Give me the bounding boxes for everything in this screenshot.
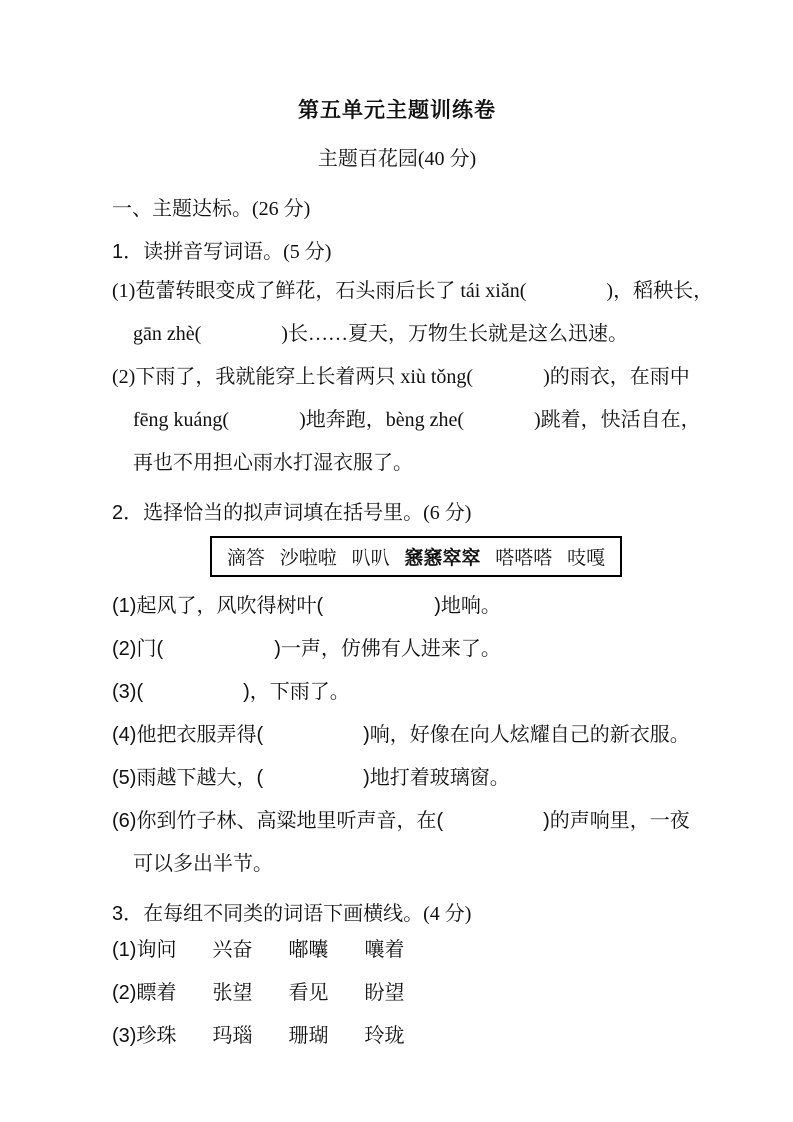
q2-stem-text: 2．选择恰当的拟声词填在括号里。	[112, 502, 423, 524]
box-word: 沙啦啦	[280, 543, 337, 570]
q3-row-1: (1)询问兴奋嘟囔嚷着	[112, 929, 753, 972]
q3-word: 询问	[136, 929, 212, 972]
q2-item-5: (5)雨越下越大，( )地打着玻璃窗。	[112, 757, 753, 800]
q3-row-3: (3)珍珠玛瑙珊瑚玲珑	[112, 1015, 753, 1058]
q3-word: 珊瑚	[288, 1015, 364, 1058]
page-title: 第五单元主题训练卷	[112, 96, 682, 126]
q3-word: 盼望	[364, 972, 404, 1015]
q1-item1-line2: gān zhè( )长……夏天，万物生长就是这么迅速。	[112, 313, 753, 356]
q2-item-6: (6)你到竹子林、高粱地里听声音，在( )的声响里，一夜	[112, 800, 753, 843]
q3-row-2: (2)瞟着张望看见盼望	[112, 972, 753, 1015]
q1-score: (5 分)	[283, 241, 331, 263]
box-word: 吱嘎	[567, 543, 605, 570]
page-subtitle: 主题百花园(40 分)	[112, 144, 682, 174]
q1-stem: 1．读拼音写词语。(5 分)	[112, 237, 753, 267]
q3-word: 瞟着	[136, 972, 212, 1015]
section-heading: 一、主题达标。(26 分)	[112, 194, 753, 224]
q3-row-label: (2)	[112, 972, 136, 1015]
q3-word: 张望	[212, 972, 288, 1015]
q2-item-2: (2)门( )一声，仿佛有人进来了。	[112, 628, 753, 671]
q3-word: 珍珠	[136, 1015, 212, 1058]
q1-stem-text: 1．读拼音写词语。	[112, 241, 283, 263]
q2-item-6-wrap: 可以多出半节。	[112, 843, 753, 886]
section-heading-score: (26 分)	[252, 198, 310, 220]
q3-word: 看见	[288, 972, 364, 1015]
q3-row-label: (3)	[112, 1015, 136, 1058]
q3-word: 玲珑	[364, 1015, 404, 1058]
q3-stem-text: 3．在每组不同类的词语下画横线。	[112, 903, 423, 925]
box-word: 滴答	[227, 543, 265, 570]
q1-item2-line3: 再也不用担心雨水打湿衣服了。	[112, 442, 753, 485]
box-word: 窸窸窣窣	[404, 543, 480, 570]
q3-word: 嚷着	[364, 929, 404, 972]
q3-word: 嘟囔	[288, 929, 364, 972]
onomatopoeia-word-box: 滴答 沙啦啦 叭叭 窸窸窣窣 嗒嗒嗒 吱嘎	[210, 536, 622, 577]
q1-item1-line1: (1)苞蕾转眼变成了鲜花，石头雨后长了 tái xiǎn( )，稻秧长，	[112, 270, 753, 313]
q2-stem: 2．选择恰当的拟声词填在括号里。(6 分)	[112, 498, 753, 528]
q2-item-4: (4)他把衣服弄得( )响，好像在向人炫耀自己的新衣服。	[112, 714, 753, 757]
box-word: 嗒嗒嗒	[495, 543, 552, 570]
q3-word: 玛瑙	[212, 1015, 288, 1058]
box-word: 叭叭	[352, 543, 390, 570]
q1-item2-line2: fēng kuáng( )地奔跑，bèng zhe( )跳着，快活自在，	[112, 399, 753, 442]
q3-word: 兴奋	[212, 929, 288, 972]
q2-item-1: (1)起风了，风吹得树叶( )地响。	[112, 585, 753, 628]
section-heading-text: 一、主题达标。	[112, 198, 252, 220]
q2-score: (6 分)	[423, 502, 471, 524]
q1-item2-line1: (2)下雨了，我就能穿上长着两只 xiù tǒng( )的雨衣，在雨中	[112, 356, 753, 399]
q3-score: (4 分)	[423, 903, 471, 925]
test-paper-page: 第五单元主题训练卷 主题百花园(40 分) 一、主题达标。(26 分) 1．读拼…	[0, 0, 793, 1122]
q3-row-label: (1)	[112, 929, 136, 972]
q3-stem: 3．在每组不同类的词语下画横线。(4 分)	[112, 899, 753, 929]
q2-item-3: (3)( )，下雨了。	[112, 671, 753, 714]
